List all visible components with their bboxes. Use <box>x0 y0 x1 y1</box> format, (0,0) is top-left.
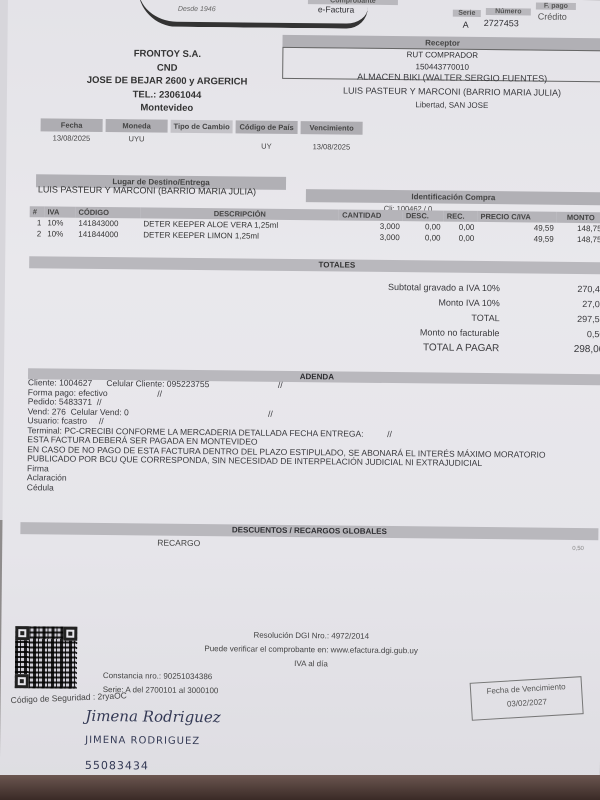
meta-label: Vencimiento <box>301 121 363 135</box>
qr-code <box>15 626 78 689</box>
vencimiento-box: Fecha de Vencimiento 03/02/2027 <box>470 676 584 721</box>
descuentos-title: DESCUENTOS / RECARGOS GLOBALES <box>20 522 598 540</box>
handwritten-cedula: 55083434 <box>85 759 149 773</box>
col-number: # <box>30 206 45 217</box>
cell-monto: 148,75 <box>557 223 600 234</box>
meta-fecha: Fecha 13/08/2025 <box>40 118 102 149</box>
document-header: Comprobante e-Factura Serie A Número 272… <box>278 0 600 28</box>
totals-label: Monto no facturable <box>334 326 499 343</box>
totals-value: 270,46 <box>515 283 600 299</box>
col-desc: DESC. <box>403 210 444 221</box>
cell-number: 2 <box>29 228 44 239</box>
identificacion-title: Identificación Compra <box>306 189 600 205</box>
total-a-pagar-row: TOTAL A PAGAR 298,00 <box>334 341 600 359</box>
meta-label: Fecha <box>41 118 103 132</box>
pago-label: F. pago <box>536 3 576 10</box>
cell-precio: 49,59 <box>477 222 557 234</box>
col-iva: IVA <box>44 206 75 217</box>
numero-value: 2727453 <box>484 18 519 28</box>
col-codigo: CÓDIGO <box>75 207 140 219</box>
numero-label: Número <box>486 8 531 15</box>
cell-rec: 0,00 <box>443 233 477 244</box>
issuer-city: Montevideo <box>67 101 267 117</box>
cell-codigo: 141843000 <box>75 218 140 230</box>
serie-label: Serie <box>453 10 481 17</box>
destino-value: LUIS PASTEUR Y MARCONI (BARRIO MARIA JUL… <box>38 184 256 196</box>
totals-label: Monto IVA 10% <box>335 296 500 313</box>
qr-finder <box>15 674 29 688</box>
meta-value: 13/08/2025 <box>40 131 102 143</box>
invoice-meta: Fecha 13/08/2025 Moneda UYU Tipo de Camb… <box>40 118 362 151</box>
cell-descripcion: DETER KEEPER LIMON 1,25ml <box>140 229 339 242</box>
cell-monto: 148,75 <box>557 234 600 245</box>
totals-value: 27,04 <box>515 298 600 314</box>
cell-cantidad: 3,000 <box>339 231 403 243</box>
adenda-block: Cliente: 1004627 Celular Cliente: 095223… <box>27 378 600 498</box>
cell-number: 1 <box>30 217 45 228</box>
totals-label: TOTAL <box>335 311 500 328</box>
cell-iva: 10% <box>44 217 75 228</box>
meta-value: UY <box>235 133 297 151</box>
meta-value <box>171 133 233 136</box>
footer-legal: Resolución DGI Nro.: 4972/2014 Puede ver… <box>161 628 461 673</box>
handwritten-aclaracion: JIMENA RODRIGUEZ <box>85 735 200 747</box>
totals-label: TOTAL A PAGAR <box>334 341 499 358</box>
codigo-seguridad: Código de Seguridad : 2ryaOC <box>10 690 127 705</box>
serie-value: A <box>463 20 469 30</box>
col-cantidad: CANTIDAD <box>339 209 403 221</box>
items-table: # IVA CÓDIGO DESCRIPCIÓN CANTIDAD DESC. … <box>29 206 600 245</box>
recargo-value: 0,50 <box>572 546 584 552</box>
col-precio: PRECIO C/IVA <box>477 211 557 223</box>
meta-codigo-pais: Código de País UY <box>235 120 297 151</box>
meta-moneda: Moneda UYU <box>105 119 167 150</box>
cell-cantidad: 3,000 <box>339 220 403 232</box>
meta-vencimiento: Vencimiento 13/08/2025 <box>300 121 362 152</box>
cell-iva: 10% <box>44 228 75 239</box>
cell-desc: 0,00 <box>403 232 444 243</box>
meta-value: 13/08/2025 <box>300 134 362 152</box>
meta-label: Código de País <box>236 120 298 134</box>
logo-tagline: Desde 1946 <box>178 6 216 13</box>
qr-finder <box>63 627 77 641</box>
meta-value: UYU <box>105 132 167 144</box>
issuer-block: FRONTOY S.A. CND JOSE DE BEJAR 2600 y AR… <box>67 47 268 117</box>
doc-type: e-Factura <box>318 4 354 14</box>
cell-desc: 0,00 <box>403 221 444 232</box>
col-monto: MONTO <box>557 212 600 223</box>
meta-label: Moneda <box>106 119 168 133</box>
col-rec: REC. <box>444 211 478 222</box>
totales-title: TOTALES <box>29 256 600 274</box>
totals-block: Subtotal gravado a IVA 10% 270,46 Monto … <box>334 281 600 359</box>
meta-tipo-cambio: Tipo de Cambio <box>170 120 232 151</box>
totals-value: 0,50 <box>514 328 600 344</box>
table-surface <box>0 775 600 800</box>
constancia-text: Constancia nro.: 90251034386 <box>103 669 219 684</box>
meta-label: Tipo de Cambio <box>171 120 233 134</box>
cell-codigo: 141844000 <box>75 229 140 241</box>
issuer-address: JOSE DE BEJAR 2600 y ARGERICH <box>67 74 267 90</box>
cell-rec: 0,00 <box>444 222 478 233</box>
recargo-label: RECARGO <box>157 538 200 548</box>
totals-value: 298,00 <box>514 343 600 359</box>
pago-value: Crédito <box>538 12 567 22</box>
qr-finder <box>15 626 29 640</box>
handwritten-signature: Jimena Rodriguez <box>85 707 220 726</box>
cell-precio: 49,59 <box>477 233 557 245</box>
receptor-details: ALMACEN BIKI (WALTER SERGIO FUENTES) LUI… <box>307 69 597 114</box>
totals-label: Subtotal gravado a IVA 10% <box>335 281 500 298</box>
totals-value: 297,50 <box>515 313 600 329</box>
invoice-paper: Desde 1946 FRONTOY S.A. CND JOSE DE BEJA… <box>0 0 600 790</box>
